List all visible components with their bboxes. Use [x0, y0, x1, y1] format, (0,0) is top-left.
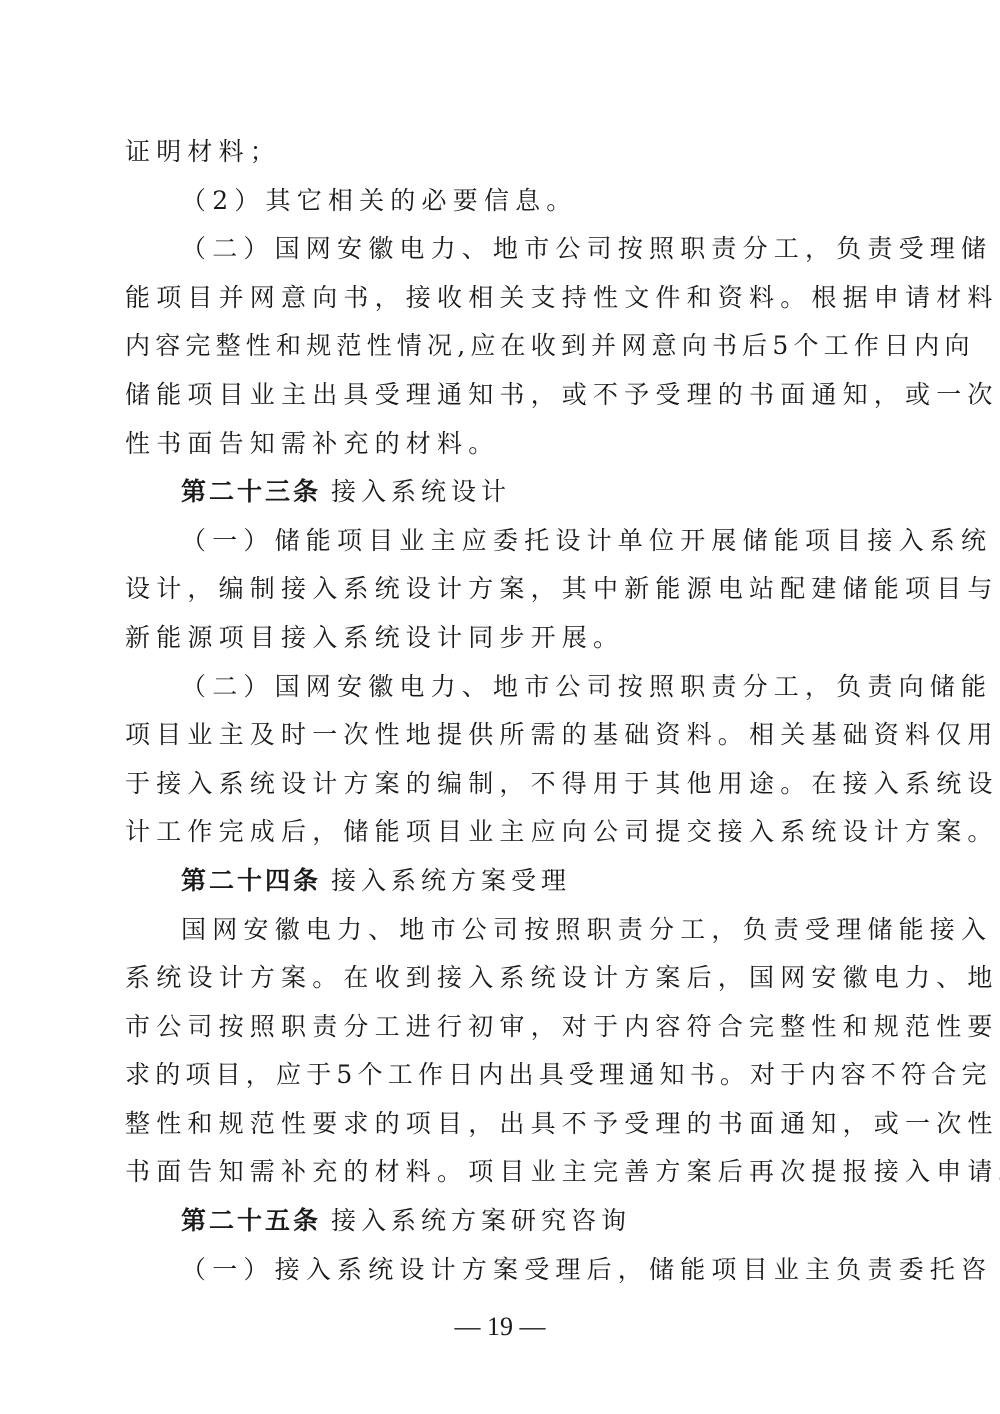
paragraph-line: 性书面告知需补充的材料。 [125, 420, 875, 469]
article-title: 接入系统方案受理 [331, 866, 571, 895]
paragraph-line: （2）其它相关的必要信息。 [125, 177, 875, 226]
paragraph-line: 设计，编制接入系统设计方案，其中新能源电站配建储能项目与 [125, 565, 875, 614]
article-heading-25: 第二十五条接入系统方案研究咨询 [125, 1197, 875, 1246]
paragraph-line: （一）接入系统设计方案受理后，储能项目业主负责委托咨 [125, 1246, 875, 1295]
article-title: 接入系统设计 [331, 477, 511, 506]
paragraph-line: 书面告知需补充的材料。项目业主完善方案后再次提报接入申请。 [125, 1148, 875, 1197]
article-number: 第二十三条 [181, 477, 321, 506]
paragraph-line: 能项目并网意向书，接收相关支持性文件和资料。根据申请材料 [125, 274, 875, 323]
paragraph-line: （二）国网安徽电力、地市公司按照职责分工，负责受理储 [125, 225, 875, 274]
paragraph-line: 系统设计方案。在收到接入系统设计方案后，国网安徽电力、地 [125, 954, 875, 1003]
paragraph-line: 项目业主及时一次性地提供所需的基础资料。相关基础资料仅用 [125, 711, 875, 760]
article-number: 第二十五条 [181, 1206, 321, 1235]
paragraph-line: 新能源项目接入系统设计同步开展。 [125, 614, 875, 663]
paragraph-line: 整性和规范性要求的项目，出具不予受理的书面通知，或一次性 [125, 1100, 875, 1149]
paragraph-line: 储能项目业主出具受理通知书，或不予受理的书面通知，或一次 [125, 371, 875, 420]
paragraph-line: 计工作完成后，储能项目业主应向公司提交接入系统设计方案。 [125, 808, 875, 857]
article-number: 第二十四条 [181, 866, 321, 895]
article-heading-23: 第二十三条接入系统设计 [125, 468, 875, 517]
paragraph-line: 内容完整性和规范性情况,应在收到并网意向书后5个工作日内向 [125, 322, 875, 371]
paragraph-line: （二）国网安徽电力、地市公司按照职责分工，负责向储能 [125, 663, 875, 712]
paragraph-line: 市公司按照职责分工进行初审，对于内容符合完整性和规范性要 [125, 1003, 875, 1052]
article-title: 接入系统方案研究咨询 [331, 1206, 631, 1235]
paragraph-line: 求的项目，应于5个工作日内出具受理通知书。对于内容不符合完 [125, 1051, 875, 1100]
paragraph-line: （一）储能项目业主应委托设计单位开展储能项目接入系统 [125, 517, 875, 566]
paragraph-line: 于接入系统设计方案的编制，不得用于其他用途。在接入系统设 [125, 760, 875, 809]
paragraph-line: 国网安徽电力、地市公司按照职责分工，负责受理储能接入 [125, 906, 875, 955]
paragraph-line: 证明材料； [125, 128, 875, 177]
page-number: — 19 — [0, 1312, 1000, 1342]
document-page-body: 证明材料； （2）其它相关的必要信息。 （二）国网安徽电力、地市公司按照职责分工… [125, 128, 875, 1294]
article-heading-24: 第二十四条接入系统方案受理 [125, 857, 875, 906]
